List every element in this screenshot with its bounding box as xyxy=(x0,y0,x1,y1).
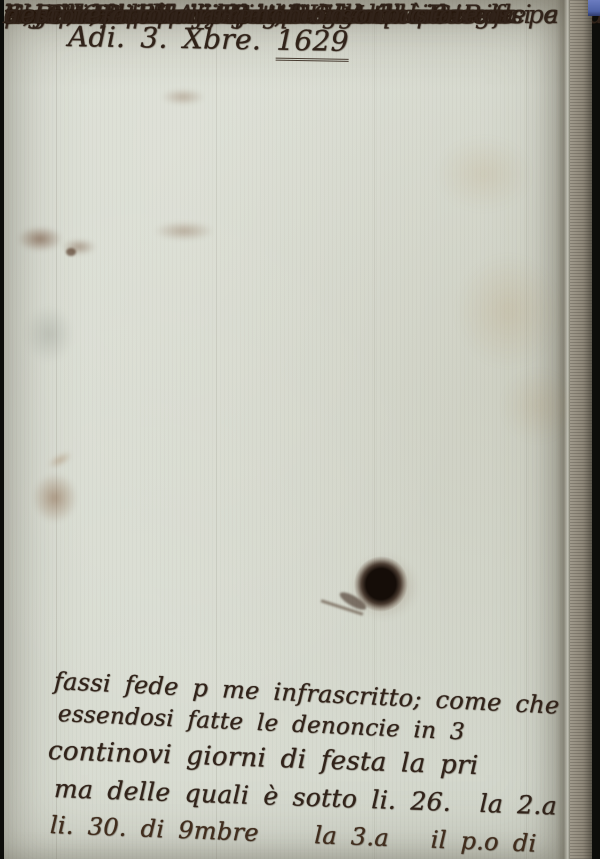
blue-marker-corner xyxy=(588,0,600,16)
paper-page: Adi. 3. Xbre. 1629 M. fassi fede p me in… xyxy=(4,0,570,859)
stain xyxy=(144,218,224,244)
stain xyxy=(424,128,544,220)
stain xyxy=(26,466,84,530)
book-page-edges xyxy=(570,0,592,859)
stain xyxy=(56,236,102,258)
stain xyxy=(154,86,212,108)
stain xyxy=(442,240,574,382)
stain xyxy=(66,248,76,256)
year-underlined: 1629 xyxy=(276,24,349,62)
show-through-ghost xyxy=(18,298,80,370)
manuscript-photo: Adi. 3. Xbre. 1629 M. fassi fede p me in… xyxy=(0,0,600,859)
manuscript-line: del prefatto matrimonio sono state fa xyxy=(4,0,518,29)
